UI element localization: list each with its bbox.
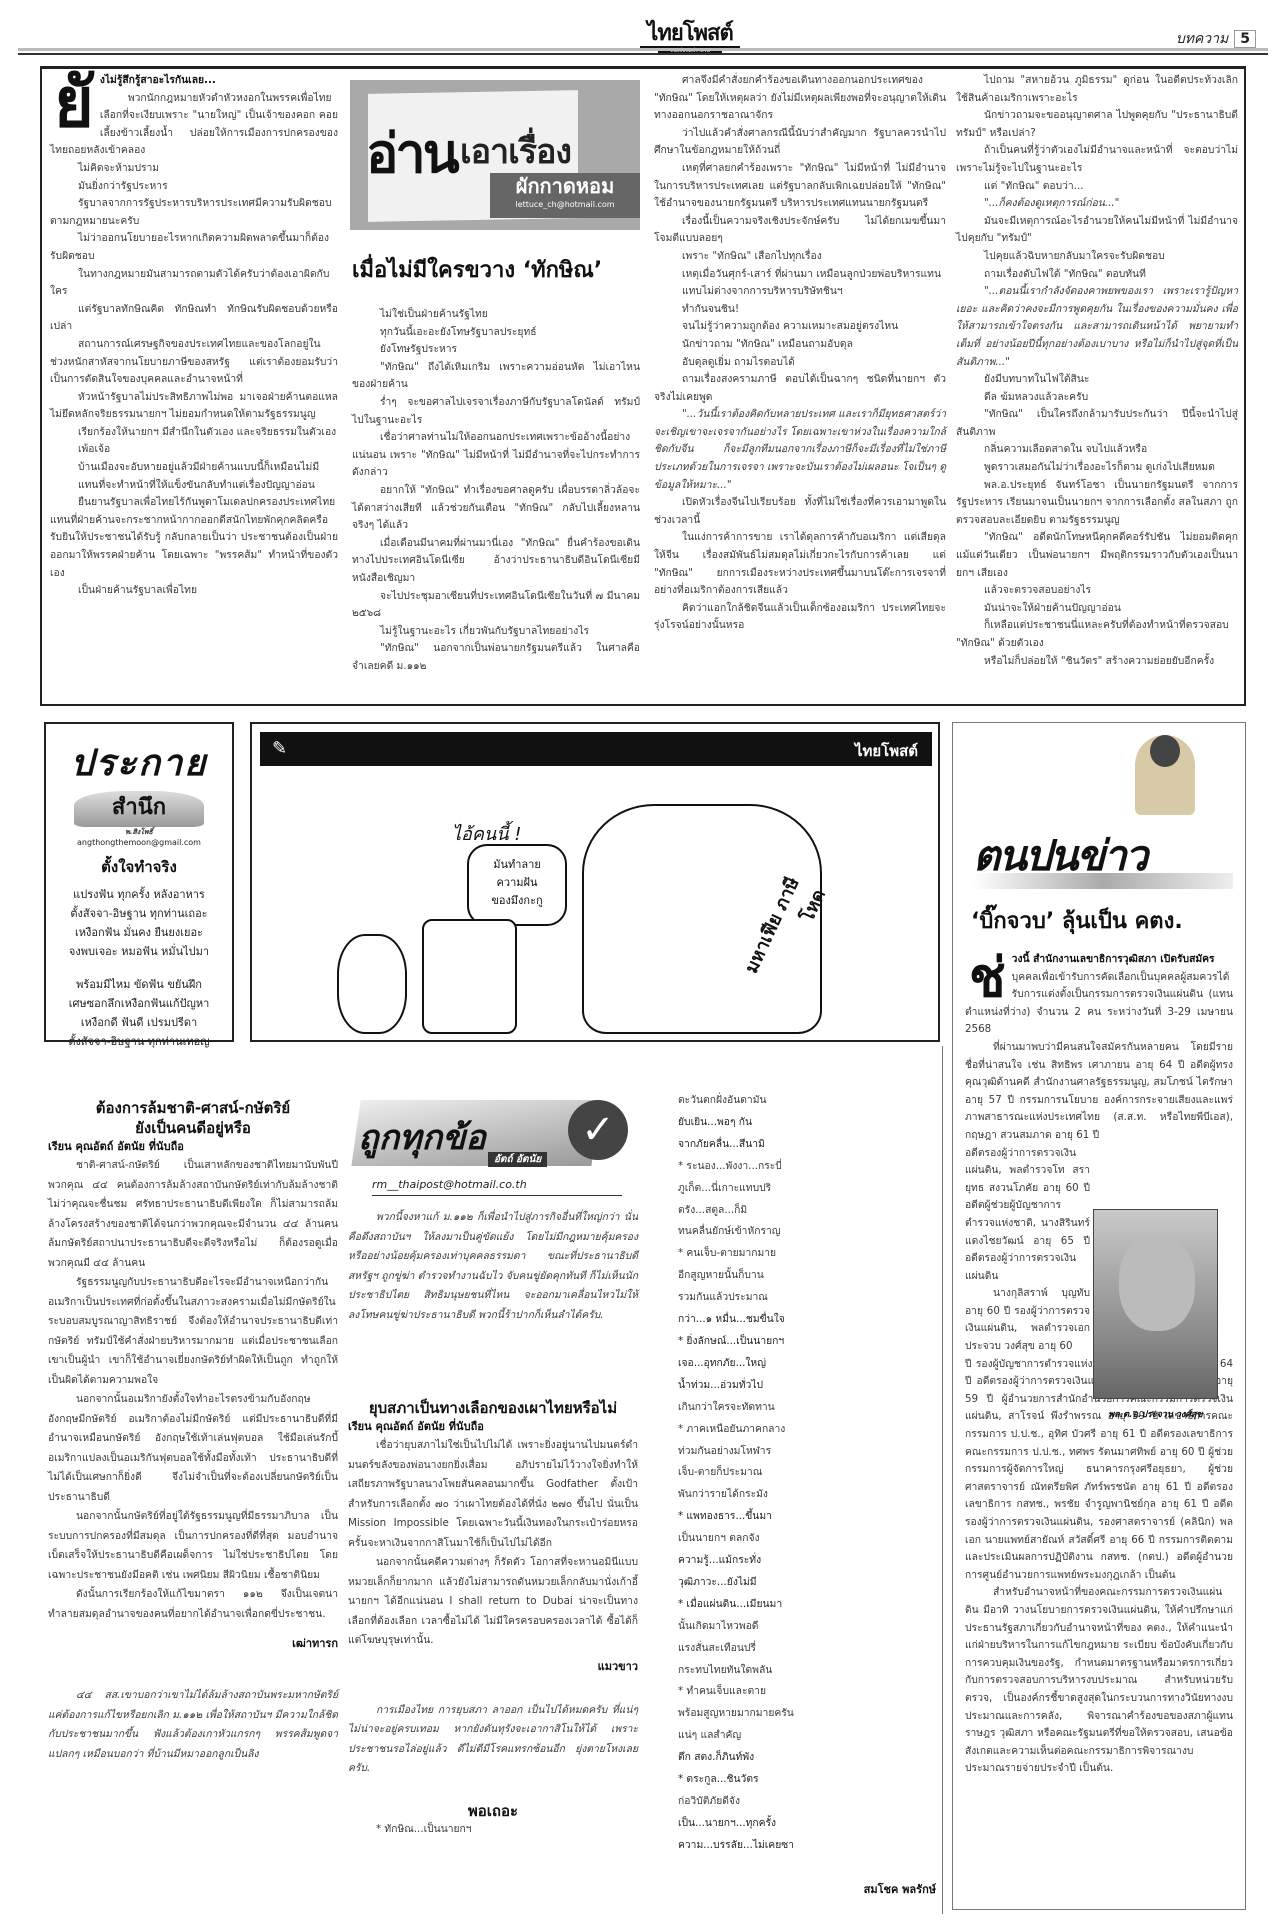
paragraph: นอกจากนั้นกษัตริย์ที่อยู่ใต้รัฐธรรมนูญที… <box>48 1507 338 1585</box>
cartoon-figure-child <box>337 934 407 1034</box>
letter-1-headline: ต้องการล้มชาติ-ศาสน์-กษัตริย์ ยังเป็นคนด… <box>48 1098 338 1138</box>
editorial-cartoon: ✎ ไทยโพสต์ ไอ้คนนี้ ! มันทำลาย ความฝัน ข… <box>250 722 940 1042</box>
poem-line: กระทบไทยทันใดพลัน <box>678 1660 938 1682</box>
header-rule <box>18 48 1268 51</box>
paragraph: ไม่ว่าออกนโยบายอะไรหากเกิดความผิดพลาดขึ้… <box>50 230 338 265</box>
paragraph: นางกุลิสราพ์ บุญทับ อายุ 60 ปี รองผู้ว่า… <box>965 1285 1090 1355</box>
paragraph: เชื่อว่าศาลท่านไม่ให้ออกนอกประเทศเพราะข้… <box>352 429 640 482</box>
poem-line: แรงสั่นสะเทือนปรี่ <box>678 1638 938 1660</box>
paragraph: ยังโทษรัฐประหาร <box>352 341 640 359</box>
headline-line: ยังเป็นคนดีอยู่หรือ <box>48 1118 338 1138</box>
poem-line: พร้อมมีไหม ขัดฟัน ขยันฝึก <box>46 975 232 994</box>
paragraph: ในแง่การค้าการขาย เราได้ดุลการค้ากับอเมร… <box>654 529 946 599</box>
paragraph: ถ้าเป็นคนที่รู้ว่าตัวเองไม่มีอำนาจและหน้… <box>956 142 1238 177</box>
poem-line: กว่า...๑ หมื่น...ชมขื่นใจ <box>678 1309 938 1331</box>
paragraph: หัวหน้ารัฐบาลไม่ประสิทธิภาพไม่พอ มาเจอฝ่… <box>50 389 338 424</box>
poem-line: * ทำคนเจ็บและตาย <box>678 1681 938 1703</box>
paragraph: อับดุลดูเยิ่ม ถามไรตอบได้ <box>654 354 946 372</box>
paragraph: ไปถาม "สหายอ้วน ภูมิธรรม" ดูก่อน ในอดีตป… <box>956 72 1238 107</box>
letter-2-headline: ยุบสภาเป็นทางเลือกของเผาไทยหรือไม่ <box>348 1398 638 1418</box>
logo-text: ไทยโพสต์ <box>640 22 740 48</box>
paragraph: ศาลจึงมีคำสั่งยกคำร้องขอเดินทางออกนอกประ… <box>654 72 946 125</box>
poem-line: เศษซอกลึกเหงือกฟันแก้ปัญหา <box>46 994 232 1013</box>
paragraph: เชื่อว่ายุบสภาไม่ใช่เป็นไปไม่ได้ เพราะยิ… <box>348 1436 638 1553</box>
paragraph: เหตุเมื่อวันศุกร์-เสาร์ ที่ผ่านมา เหมือน… <box>654 266 946 284</box>
poem-line: * ตระกูล...ชินวัตร <box>678 1769 938 1791</box>
poem-line: เกินกว่าใครจะทัดทาน <box>678 1397 938 1419</box>
column-rule <box>942 1046 943 1914</box>
poem-line: รวมกันแล้วประมาณ <box>678 1287 938 1309</box>
paragraph: แล้วจะตรวจสอบอย่างไร <box>956 582 1238 600</box>
bubble-line: ความฝัน <box>469 874 565 892</box>
paragraph: "ทักษิณ" เป็นใครถึงกล้ามารับประกันว่า ปี… <box>956 406 1238 441</box>
paragraph: ดีล ฆ้มหลวงแล้วละครับ <box>956 389 1238 407</box>
editor-reply: ๔๔ สส.เขาบอกว่าเขาไม่ได้ล้มล้างสถาบันพระ… <box>48 1686 338 1764</box>
paragraph: ทำกันจนชิน! <box>654 301 946 319</box>
poem-column: ตะวันตกฝั่งอันดามันยับเยิน...พอๆ กันจากภ… <box>678 1090 938 1857</box>
paragraph: เหตุที่ศาลยกคำร้องเพราะ "ทักษิณ" ไม่มีหน… <box>654 160 946 213</box>
banner-big-text: อ่าน <box>366 110 457 196</box>
quote-paragraph: "...ก็คงต้องดูเหตุการณ์ก่อน..." <box>956 195 1238 213</box>
poem-line: * ยิ่งลักษณ์...เป็นนายกฯ <box>678 1331 938 1353</box>
poem-line: * แพทองธาร...ขึ้นมา <box>678 1506 938 1528</box>
header-rule-dark <box>18 53 1268 55</box>
paragraph: แต่รัฐบาลทักษิณคิด ทักษิณทำ ทักษิณรับผิด… <box>50 301 338 336</box>
poem-headline: พอเถอะ <box>348 1801 638 1821</box>
poem-line: เป็นนายกฯ ตลกจัง <box>678 1528 938 1550</box>
paragraph: เรื่องนี้เป็นความจริงเชิงประจักษ์ครับ ไม… <box>654 213 946 248</box>
paragraph: สถานการณ์เศรษฐกิจของประเทศไทยและของโลกอย… <box>50 336 338 389</box>
paragraph: เมื่อเดือนมีนาคมที่ผ่านมานี่เอง "ทักษิณ"… <box>352 535 640 588</box>
poem-line: พันกว่ารายได้กระมัง <box>678 1484 938 1506</box>
paragraph: ไปคุยแล้วฉิบหายกลับมาใครจะรับผิดชอบ <box>956 248 1238 266</box>
quote-paragraph: "...วันนี้เราต้องคิดกับหลายประเทศ และเรา… <box>654 406 946 494</box>
paragraph: จนไม่รู้ว่าความถูกต้อง ความเหมาะสมอยู่ตร… <box>654 318 946 336</box>
bubble-line: ของมึงกะกู <box>469 892 565 910</box>
poem-line: น้ำท่วม...อ่วมทั่วไป <box>678 1375 938 1397</box>
paragraph: "ทักษิณ" อดีตนักโทษหนีคุกคดีคอร์รัปชัน ไ… <box>956 529 1238 582</box>
drop-cap: ยั <box>54 74 94 134</box>
read-column-col2: ไม่ใช่เป็นฝ่ายค้านรัฐไทย ทุกวันนี้เอะอะย… <box>352 306 640 675</box>
paragraph: แทนที่จะทำหน้าที่ให้แข็งขันกลับทำแต่เรื่… <box>50 477 338 495</box>
banner-sub-text: เอาเรื่อง <box>460 124 571 178</box>
read-column-col1: ยั งไม่รู้สึกรู้สาอะไรกันเลย... พวกนักกฎ… <box>50 72 338 600</box>
poem-line: ภูเก็ต...นี่เกาะแทบปริ <box>678 1178 938 1200</box>
paragraph: เพ้อเจ้อ <box>50 441 338 459</box>
paragraph: ถามเรื่องดับไฟใต้ "ทักษิณ" ตอบทันที <box>956 266 1238 284</box>
paragraph: "ทักษิณ" นอกจากเป็นพ่อนายกรัฐมนตรีแล้ว ใ… <box>352 640 640 675</box>
page-number: 5 <box>1234 30 1256 48</box>
paragraph: ชาติ-ศาสน์-กษัตริย์ เป็นเสาหลักของชาติไท… <box>48 1156 338 1273</box>
poem-line: แน่ๆ แลสำคัญ <box>678 1725 938 1747</box>
reader-head <box>1150 735 1180 767</box>
poem-line: ท่วมกันอย่างมโหฬาร <box>678 1441 938 1463</box>
poem-line: พร้อมสูญหายมากมายครัน <box>678 1703 938 1725</box>
poem-signature: สมโชค พลรักษ์ <box>800 1880 936 1898</box>
poem-line: เป็น...นายกฯ...ทุกครั้ง <box>678 1813 938 1835</box>
paragraph: ไม่ใช่เป็นฝ่ายค้านรัฐไทย <box>352 306 640 324</box>
cartoon-figure-sponge <box>422 919 517 1034</box>
article-headline: เมื่อไม่มีใครขวาง ‘ทักษิณ’ <box>352 252 602 287</box>
cartoon-header-bar: ✎ ไทยโพสต์ <box>260 732 932 766</box>
paragraph: พวกนี้จงหาแก้ ม.๑๑๒ ก็เพื่อนำไปสู่ภารกิจ… <box>348 1208 638 1325</box>
prakay-title: ประกาย <box>46 734 232 791</box>
paragraph: ไม่คิดจะห้ามปราม <box>50 160 338 178</box>
poem-line: ตั้งสัจจา-อิษฐาน ทุกท่านเทอญ <box>46 1032 232 1051</box>
paragraph: หรือไม่ก็ปล่อยให้ "ชินวัตร" สร้างความย่อ… <box>956 653 1238 671</box>
poem-line: ก่อวิบัติภัยดีจัง <box>678 1791 938 1813</box>
poem-line: ตั้งสัจจา-อิษฐาน ทุกท่านเถอะ <box>46 904 232 923</box>
paragraph: มันจะมีเหตุการณ์อะไรอำนวยให้คนไม่มีหน้าท… <box>956 213 1238 248</box>
paragraph: ก็เหลือแต่ประชาชนนี่แหละครับที่ต้องทำหน้… <box>956 617 1238 652</box>
read-column-col3: ศาลจึงมีคำสั่งยกคำร้องขอเดินทางออกนอกประ… <box>654 72 946 635</box>
poem-line: เจ็บ-ตายก็ประมาณ <box>678 1462 938 1484</box>
paragraph: นอกจากนั้นอเมริกายังตั้งใจทำอะไรตรงข้ามก… <box>48 1390 338 1507</box>
paragraph: นอกจากนั้นคดีความต่างๆ ก็รัดตัว โอกาสที่… <box>348 1553 638 1651</box>
paragraph: อดีตรองผู้ว่าการตรวจเงินแผ่นดิน, พลตำรวจ… <box>965 1145 1090 1286</box>
editor-reply: การเมืองไทย การยุบสภา ลาออก เป็นไปได้หมด… <box>348 1701 638 1779</box>
cartoon-brand: ไทยโพสต์ <box>855 739 918 763</box>
masthead: ไทยโพสต์ หนังสือพิมพ์รายวัน บทความ5 <box>0 0 1286 56</box>
bubble-line: มันทำลาย <box>469 856 565 874</box>
poem-line: เหงือกฟัน มั่นคง ยืนยงเยอะ <box>46 923 232 942</box>
tuktukkor-banner: ถูกทุกข้อ อัตถ์ อัตนัย ✓ <box>348 1090 638 1175</box>
author-name: ผักกาดหอม <box>490 173 640 199</box>
read-column-col4: ไปถาม "สหายอ้วน ภูมิธรรม" ดูก่อน ในอดีตป… <box>956 72 1238 670</box>
section-label: บทความ5 <box>1176 28 1256 50</box>
poem-line: เจอ...อุทกภัย...ใหญ่ <box>678 1353 938 1375</box>
poem-line: ความ...บรรลัย...ไม่เคยซา <box>678 1835 938 1857</box>
email-underline <box>372 1195 622 1196</box>
checkmark-icon: ✓ <box>568 1100 628 1160</box>
banner-author: อัตถ์ อัตนัย <box>488 1152 547 1167</box>
paragraph: นักข่าวถามจะขออนุญาตศาล ไปพูดคุยกับ "ประ… <box>956 107 1238 142</box>
paragraph: เปิดหัวเรื่องจีนไปเรียบร้อย ทั้งที่ไม่ใช… <box>654 494 946 529</box>
paragraph: เรียกร้องให้นายกฯ มีสำนึกในตัวเอง และจริ… <box>50 424 338 442</box>
poem-line: แปรงฟัน ทุกครั้ง หลังอาหาร <box>46 885 232 904</box>
poem-line: ทนคลื่นยักษ์เข้าหักราญ <box>678 1221 938 1243</box>
paragraph: "ทักษิณ" ถึงได้เหิมเกริม เพราะความอ่อนหั… <box>352 359 640 394</box>
poem-line: * ระนอง...พังงา...กระบี่ <box>678 1156 938 1178</box>
poem-line: จงพบเจอะ หมอฟัน หมั่นไปมา <box>46 942 232 961</box>
letter-2: ยุบสภาเป็นทางเลือกของเผาไทยหรือไม่ เรียน… <box>348 1398 638 1838</box>
paragraph: ที่ผ่านมาพบว่ามีคนสนใจสมัครกันหลายคน โดย… <box>965 1039 1233 1145</box>
paragraph: ไม่รู้ในฐานะอะไร เกี่ยวพันกับรัฐบาลไทยอย… <box>352 623 640 641</box>
tuktukkor-email[interactable]: rm__thaipost@hotmail.co.th <box>372 1178 527 1191</box>
paragraph: กลิ่นความเลือดสาดใน จบไปแล้วหรือ <box>956 441 1238 459</box>
paragraph: แต่ "ทักษิณ" ตอบว่า... <box>956 178 1238 196</box>
paragraph: เป็นฝ่ายค้านรัฐบาลเพื่อไทย <box>50 582 338 600</box>
letter-1: ต้องการล้มชาติ-ศาสน์-กษัตริย์ ยังเป็นคนด… <box>48 1098 338 1764</box>
paragraph: ในทางกฎหมายมันสามารถตามตัวได้ครับว่าต้อง… <box>50 266 338 301</box>
paragraph: มันยิ่งกว่ารัฐประหาร <box>50 178 338 196</box>
poem-line: * ภาคเหนือยันภาคกลาง <box>678 1419 938 1441</box>
paragraph: อยากให้ "ทักษิณ" ทำเรื่องขอศาลดูครับ เผื… <box>352 482 640 535</box>
paragraph: พูดราวเสมอกันไม่ว่าเรื่องอะไรก็ตาม ดูเก่… <box>956 459 1238 477</box>
paragraph: นักข่าวถาม "ทักษิณ" เหมือนถามอับดุล <box>654 336 946 354</box>
poem-line: ความรู้...แม้กระทั่ง <box>678 1550 938 1572</box>
paragraph: ยืนยานรัฐบาลเพื่อไทยไร้กันพูดาโมเดลปกครอ… <box>50 494 338 582</box>
paragraph: คิดว่าแอกใกล้ชิดจีนแล้วเป็นเด็กซ้องอเมริ… <box>654 600 946 635</box>
poem-line: ตรัง...สตูล...ก็มิ <box>678 1200 938 1222</box>
paragraph: จะไปประชุมอาเซียนที่ประเทศอินโดนีเซียในว… <box>352 588 640 623</box>
paragraph: รัฐบาลจากการรัฐประหารบริหารประเทศมีความร… <box>50 195 338 230</box>
paragraph: ร่ำๆ จะขอศาลไปเจรจาเรื่องภาษีกับรัฐบาลโด… <box>352 394 640 429</box>
paragraph: บ้านเมืองจะอับหายอยู่แล้วมีฝ่ายค้านแบบนี… <box>50 459 338 477</box>
poem-line: * คนเจ็บ-ตายมากมาย <box>678 1243 938 1265</box>
paragraph: เพราะ "ทักษิณ" เสือกไปทุกเรื่อง <box>654 248 946 266</box>
poem-line: นั้นเกิดมาไหวพอดี <box>678 1616 938 1638</box>
poem-verse-1: แปรงฟัน ทุกครั้ง หลังอาหาร ตั้งสัจจา-อิษ… <box>46 885 232 961</box>
paragraph: ถามเรื่องสงครามภาษี ตอบได้เป็นฉากๆ ชนิดท… <box>654 371 946 406</box>
portrait-face <box>1119 1235 1195 1331</box>
paragraph: ยังมีบทบาทในไฟใต้สินะ <box>956 371 1238 389</box>
letter-signature: แมวขาว <box>348 1657 638 1675</box>
poem-title: ตั้งใจทำจริง <box>46 855 232 879</box>
author-email[interactable]: lettuce_ch@hotmail.com <box>490 199 640 211</box>
paragraph: สำหรับอำนาจหน้าที่ของคณะกรรมการตรวจเงินแ… <box>965 1584 1233 1778</box>
poem-line: เหงือกดี ฟันดี เปรมปรีดา <box>46 1013 232 1032</box>
poem-line: ตึก สตง.ก็ภินท์พัง <box>678 1747 938 1769</box>
paragraph: ดังนั้นการเรียกร้องให้แก้ไขมาตรา ๑๑๒ จึง… <box>48 1585 338 1624</box>
read-column-banner: อ่าน เอาเรื่อง ผักกาดหอม lettuce_ch@hotm… <box>350 80 640 230</box>
mascot-icon: ✎ <box>272 738 287 759</box>
poem-verse-2: พร้อมมีไหม ขัดฟัน ขยันฝึก เศษซอกลึกเหงือ… <box>46 975 232 1051</box>
paragraph: ทุกวันนี้เอะอะยังโทษรัฐบาลประยุทธ์ <box>352 324 640 342</box>
letter-greeting: เรียน คุณอัตถ์ อัตนัย ที่นับถือ <box>48 1138 338 1156</box>
poem-line: * ทักษิณ...เป็นนายกฯ <box>348 1821 638 1839</box>
paragraph: แทบไม่ต่างจากการบริหารบริษัทชินฯ <box>654 283 946 301</box>
tuktukkor-intro: พวกนี้จงหาแก้ ม.๑๑๒ ก็เพื่อนำไปสู่ภารกิจ… <box>348 1208 638 1325</box>
prakay-banner: สำนึก <box>74 791 204 827</box>
tonpon-logo: ตนปนข่าว <box>973 823 1146 889</box>
poem-line: ตะวันตกฝั่งอันดามัน <box>678 1090 938 1112</box>
headline-line: ต้องการล้มชาติ-ศาสน์-กษัตริย์ <box>48 1098 338 1118</box>
letter-signature: เฒ่าทารก <box>48 1634 338 1652</box>
paragraph: รัฐธรรมนูญกับประธานาธิบดีอะไรจะมีอำนาจเห… <box>48 1273 338 1390</box>
poem-line: จากภัยคลื่น...สึนามิ <box>678 1134 938 1156</box>
paragraph: ว่าไปแล้วคำสั่งศาลกรณีนี้นับว่าสำคัญมาก … <box>654 125 946 160</box>
tonpon-headline: ‘บิ๊กจวบ’ ลุ้นเป็น คตง. <box>971 903 1183 938</box>
letter-greeting: เรียน คุณอัตถ์ อัตนัย ที่นับถือ <box>348 1418 638 1436</box>
prakay-poem-box: ประกาย สำนึก พ.สิงโพธิ์ angthongthemoon@… <box>44 722 234 1042</box>
speech-bubble: มันทำลาย ความฝัน ของมึงกะกู <box>467 844 567 926</box>
section-name: บทความ <box>1176 31 1228 47</box>
photo-caption: พล.ต.อ.ประจวบ วงศ์สุข <box>1093 1407 1218 1421</box>
quote-paragraph: "...ตอนนี้เรากำลังจัดองคาพยพของเรา เพราะ… <box>956 283 1238 371</box>
paragraph: มันน่าจะให้ฝ่ายค้านปัญญาอ่อน <box>956 600 1238 618</box>
poem-line: ยับเยิน...พอๆ กัน <box>678 1112 938 1134</box>
author-tag: ผักกาดหอม lettuce_ch@hotmail.com <box>490 173 640 218</box>
paragraph: พล.อ.ประยุทธ์ จันทร์โอชา เป็นนายกรัฐมนตร… <box>956 477 1238 530</box>
drop-cap: ช่ <box>969 953 1006 1003</box>
poem-line: อีกสูญหายนั้นก็บาน <box>678 1265 938 1287</box>
prakay-author: พ.สิงโพธิ์ <box>46 827 232 838</box>
portrait-photo <box>1093 1209 1218 1399</box>
poem-line: วุฒิภาวะ...ยังไม่มี <box>678 1572 938 1594</box>
prakay-email[interactable]: angthongthemoon@gmail.com <box>46 838 232 847</box>
tonpon-news-column: ตนปนข่าว ‘บิ๊กจวบ’ ลุ้นเป็น คตง. ช่ วงนี… <box>952 722 1246 1910</box>
banner-title: ถูกทุกข้อ <box>358 1110 486 1164</box>
poem-line: * เมื่อแผ่นดิน...เมียนมา <box>678 1594 938 1616</box>
